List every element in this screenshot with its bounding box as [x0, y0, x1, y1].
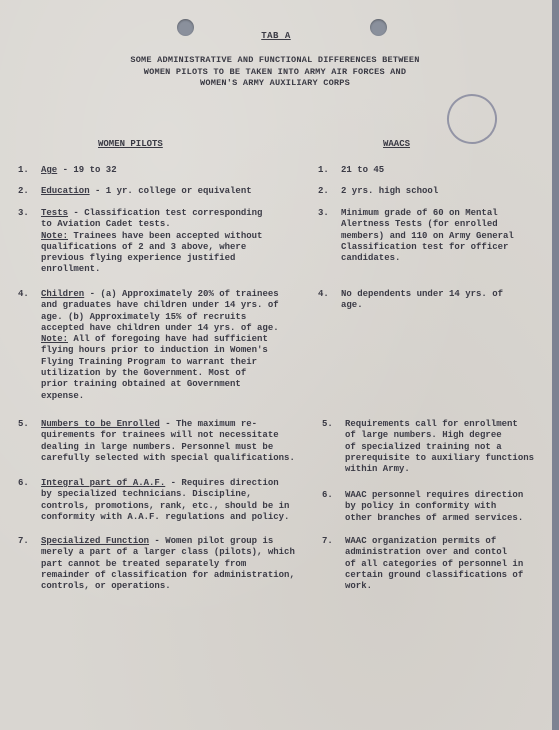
waacs-item-4: 4. No dependents under 14 yrs. of age. — [318, 289, 548, 312]
item-text: WAAC organization permits of administrat… — [345, 536, 552, 592]
item-number: 2. — [318, 186, 329, 197]
item-text: 21 to 45 — [341, 165, 548, 176]
waacs-item-3: 3. Minimum grade of 60 on Mental Alertne… — [318, 208, 548, 264]
women-pilots-item-3: 3. Tests - Classification test correspon… — [18, 208, 318, 276]
received-stamp — [438, 85, 506, 153]
item-label: Integral part of A.A.F. — [41, 478, 165, 488]
note-label: Note: — [41, 334, 68, 344]
background-edge — [552, 0, 559, 730]
item-text: - 19 to 32 — [57, 165, 116, 175]
item-text: WAAC personnel requires direction by pol… — [345, 490, 552, 524]
item-label: Children — [41, 289, 84, 299]
women-pilots-item-6: 6. Integral part of A.A.F. - Requires di… — [18, 478, 338, 523]
item-number: 6. — [322, 490, 333, 501]
item-number: 1. — [18, 165, 29, 176]
women-pilots-item-1: 1. Age - 19 to 32 — [18, 165, 318, 176]
item-label: Tests — [41, 208, 68, 218]
item-number: 4. — [18, 289, 29, 300]
item-number: 1. — [318, 165, 329, 176]
item-text: Minimum grade of 60 on Mental Alertness … — [341, 208, 548, 264]
waacs-item-6: 6. WAAC personnel requires direction by … — [322, 490, 552, 524]
women-pilots-item-7: 7. Specialized Function - Women pilot gr… — [18, 536, 338, 592]
women-pilots-item-2: 2. Education - 1 yr. college or equivale… — [18, 186, 318, 197]
item-number: 5. — [322, 419, 333, 430]
item-text: 2 yrs. high school — [341, 186, 548, 197]
item-label: Numbers to be Enrolled — [41, 419, 160, 429]
item-text: No dependents under 14 yrs. of age. — [341, 289, 548, 312]
item-label: Specialized Function — [41, 536, 149, 546]
document-heading: SOME ADMINISTRATIVE AND FUNCTIONAL DIFFE… — [40, 55, 510, 90]
note-label: Note: — [41, 231, 68, 241]
item-text: Requirements call for enrollment of larg… — [345, 419, 552, 475]
note-text: Trainees have been accepted without qual… — [41, 231, 262, 275]
column-header-waacs: WAACS — [383, 139, 410, 149]
item-number: 4. — [318, 289, 329, 300]
column-header-women-pilots: WOMEN PILOTS — [98, 139, 163, 149]
item-number: 7. — [322, 536, 333, 547]
item-number: 3. — [318, 208, 329, 219]
waacs-item-1: 1. 21 to 45 — [318, 165, 548, 176]
item-label: Education — [41, 186, 90, 196]
waacs-item-7: 7. WAAC organization permits of administ… — [322, 536, 552, 592]
item-text: - Classification test corresponding to A… — [41, 208, 262, 229]
document-page: TAB A SOME ADMINISTRATIVE AND FUNCTIONAL… — [0, 0, 552, 730]
women-pilots-item-4: 4. Children - (a) Approximately 20% of t… — [18, 289, 328, 402]
item-text: - 1 yr. college or equivalent — [90, 186, 252, 196]
item-number: 6. — [18, 478, 29, 489]
item-number: 5. — [18, 419, 29, 430]
waacs-item-2: 2. 2 yrs. high school — [318, 186, 548, 197]
waacs-item-5: 5. Requirements call for enrollment of l… — [322, 419, 552, 475]
women-pilots-item-5: 5. Numbers to be Enrolled - The maximum … — [18, 419, 338, 464]
item-number: 3. — [18, 208, 29, 219]
item-label: Age — [41, 165, 57, 175]
note-text: All of foregoing have had sufficient fly… — [41, 334, 268, 400]
tab-title: TAB A — [0, 31, 552, 41]
item-number: 7. — [18, 536, 29, 547]
item-number: 2. — [18, 186, 29, 197]
